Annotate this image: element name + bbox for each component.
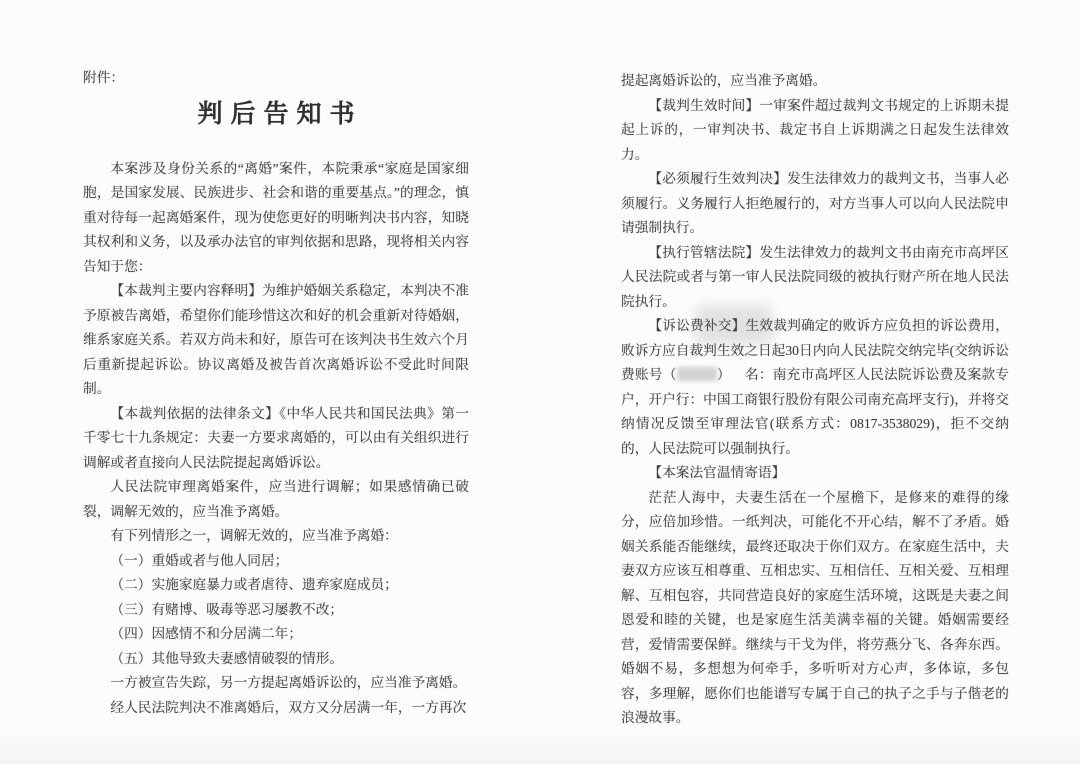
condition-item-1: （一）重婚或者与他人同居； xyxy=(83,549,469,574)
document-title: 判后告知书 xyxy=(83,99,469,131)
redacted-account-number xyxy=(677,367,717,381)
para-judge-message: 茫茫人海中，夫妻生活在一个屋檐下，是修来的难得的缘分，应倍加珍惜。一纸判决，可能… xyxy=(621,486,1009,731)
right-column: 提起离婚诉讼的，应当准予离婚。 【裁判生效时间】一审案件超过裁判文书规定的上诉期… xyxy=(621,69,1009,731)
para-must-perform: 【必须履行生效判决】发生法律效力的裁判文书，当事人必须履行。义务履行人拒绝履行的… xyxy=(621,167,1009,241)
para-enforcement-court: 【执行管辖法院】发生法律效力的裁判文书由南充市高坪区人民法院或者与第一审人民法院… xyxy=(621,241,1009,315)
condition-item-2: （二）实施家庭暴力或者虐待、遗弃家庭成员； xyxy=(83,573,469,598)
left-column: 附件： 判后告知书 本案涉及身份关系的“离婚”案件，本院秉承“家庭是国家细胞，是… xyxy=(83,66,469,720)
scanned-document-page: 附件： 判后告知书 本案涉及身份关系的“离婚”案件，本院秉承“家庭是国家细胞，是… xyxy=(0,0,1080,764)
para-continuation: 提起离婚诉讼的，应当准予离婚。 xyxy=(621,69,1009,94)
para-conditions-intro: 有下列情形之一，调解无效的，应当准予离婚： xyxy=(83,524,469,549)
para-litigation-fees: 【诉讼费补交】生效裁判确定的败诉方应负担的诉讼费用，败诉方应自裁判生效之日起30… xyxy=(621,314,1009,461)
para-effective-time: 【裁判生效时间】一审案件超过裁判文书规定的上诉期未提起上诉的，一审判决书、裁定书… xyxy=(621,94,1009,168)
para-ruling-explanation: 【本裁判主要内容释明】为维护婚姻关系稳定，本判决不准予原被告离婚，希望你们能珍惜… xyxy=(83,279,469,402)
para-case-intro: 本案涉及身份关系的“离婚”案件，本院秉承“家庭是国家细胞，是国家发展、民族进步、… xyxy=(83,157,469,280)
condition-item-3: （三）有赌博、吸毒等恶习屡教不改； xyxy=(83,598,469,623)
attachment-label: 附件： xyxy=(83,66,469,91)
para-legal-basis: 【本裁判依据的法律条文】《中华人民共和国民法典》第一千零七十九条规定：夫妻一方要… xyxy=(83,402,469,476)
fees-close-paren: ） xyxy=(717,367,731,382)
para-missing-spouse: 一方被宣告失踪，另一方提起离婚诉讼的，应当准予离婚。 xyxy=(83,671,469,696)
condition-item-4: （四）因感情不和分居满二年； xyxy=(83,622,469,647)
condition-item-5: （五）其他导致夫妻感情破裂的情形。 xyxy=(83,647,469,672)
para-mediation-rule: 人民法院审理离婚案件，应当进行调解；如果感情确已破裂，调解无效的，应当准予离婚。 xyxy=(83,475,469,524)
heading-judge-message: 【本案法官温情寄语】 xyxy=(621,461,1009,486)
para-retrial-after-denial: 经人民法院判决不准离婚后，双方又分居满一年，一方再次 xyxy=(83,696,469,721)
